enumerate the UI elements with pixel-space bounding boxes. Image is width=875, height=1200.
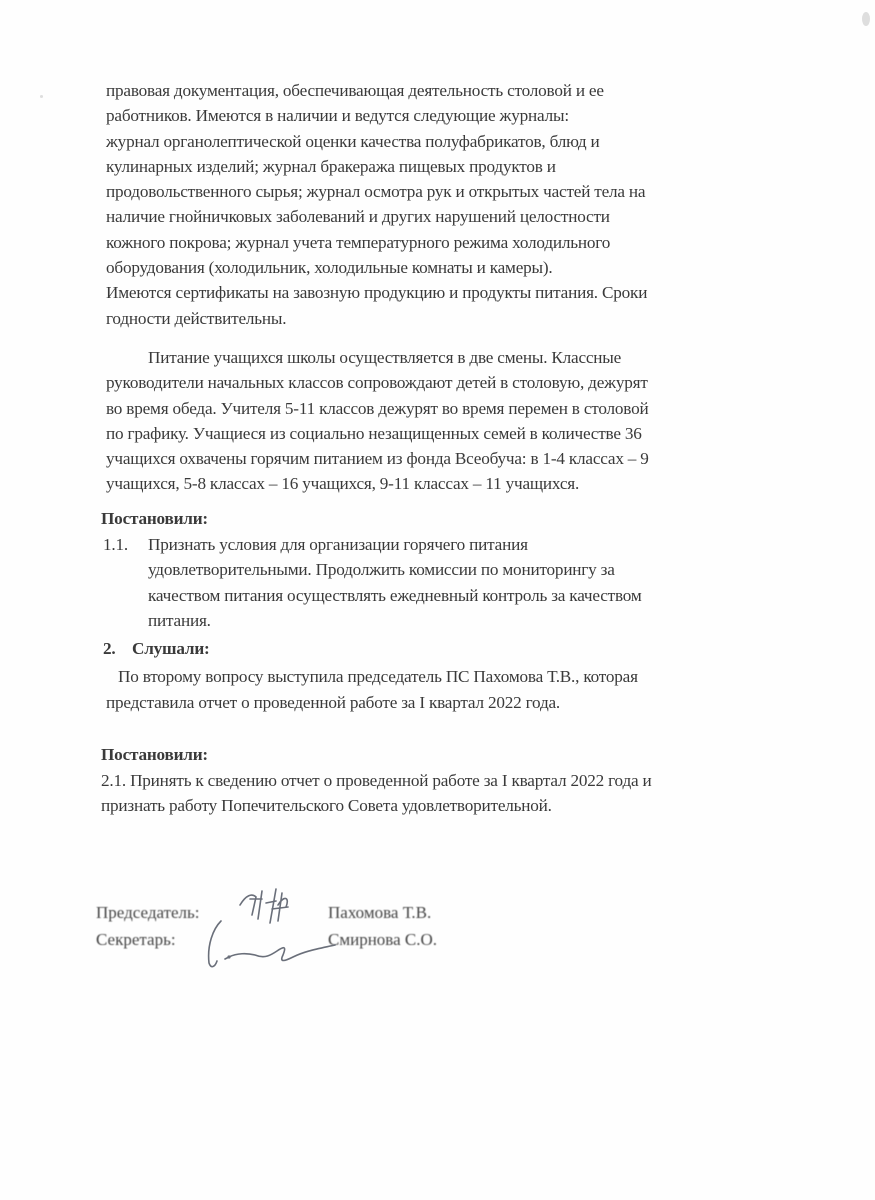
text-line: питания. <box>148 608 642 633</box>
text-line: продовольственного сырья; журнал осмотра… <box>106 179 786 204</box>
text-line: 2.1. Принять к сведению отчет о проведен… <box>101 768 652 793</box>
scanned-page: правовая документация, обеспечивающая де… <box>0 0 875 1200</box>
text-line: наличие гнойничковых заболеваний и други… <box>106 204 786 229</box>
section-number: 2. <box>103 636 116 661</box>
section-2-body: представила отчет о проведенной работе з… <box>106 690 560 715</box>
text-line: учащихся, 5-8 классах – 16 учащихся, 9-1… <box>106 471 786 496</box>
section-2-body: По второму вопросу выступила председател… <box>118 664 638 689</box>
text-line: удовлетворительными. Продолжить комиссии… <box>148 557 642 582</box>
text-line: правовая документация, обеспечивающая де… <box>106 78 786 103</box>
text-line: Имеются сертификаты на завозную продукци… <box>106 280 786 305</box>
text-line: годности действительны. <box>106 306 786 331</box>
resolution-heading: Постановили: <box>101 506 208 531</box>
text-line: Питание учащихся школы осуществляется в … <box>106 345 786 370</box>
text-line: По второму вопросу выступила председател… <box>118 664 638 689</box>
secretary-label: Секретарь: <box>96 930 176 950</box>
text-line: работников. Имеются в наличии и ведутся … <box>106 103 786 128</box>
text-line: во время обеда. Учителя 5-11 классов деж… <box>106 396 786 421</box>
section-heading-listened: Слушали: <box>132 636 210 661</box>
secretary-signature-icon <box>195 915 345 975</box>
text-line: кожного покрова; журнал учета температур… <box>106 230 786 255</box>
text-line: оборудования (холодильник, холодильные к… <box>106 255 786 280</box>
text-line: Признать условия для организации горячег… <box>148 532 642 557</box>
text-line: признать работу Попечительского Совета у… <box>101 793 652 818</box>
text-line: руководители начальных классов сопровожд… <box>106 370 786 395</box>
chair-label: Председатель: <box>96 903 200 923</box>
resolution-item-number: 1.1. <box>103 532 128 557</box>
scan-speck <box>40 95 43 98</box>
paragraph-documentation: правовая документация, обеспечивающая де… <box>106 78 786 331</box>
text-line: представила отчет о проведенной работе з… <box>106 690 560 715</box>
text-line: журнал органолептической оценки качества… <box>106 129 786 154</box>
text-line: кулинарных изделий; журнал бракеража пищ… <box>106 154 786 179</box>
resolution-item-2-1: 2.1. Принять к сведению отчет о проведен… <box>101 768 652 819</box>
text-line: учащихся охвачены горячим питанием из фо… <box>106 446 786 471</box>
resolution-heading: Постановили: <box>101 742 208 767</box>
text-line: качеством питания осуществлять ежедневны… <box>148 583 642 608</box>
text-line: по графику. Учащиеся из социально незащи… <box>106 421 786 446</box>
resolution-item-1-1: Признать условия для организации горячег… <box>148 532 642 633</box>
scan-speck <box>862 12 870 26</box>
paragraph-meals: Питание учащихся школы осуществляется в … <box>106 345 786 497</box>
